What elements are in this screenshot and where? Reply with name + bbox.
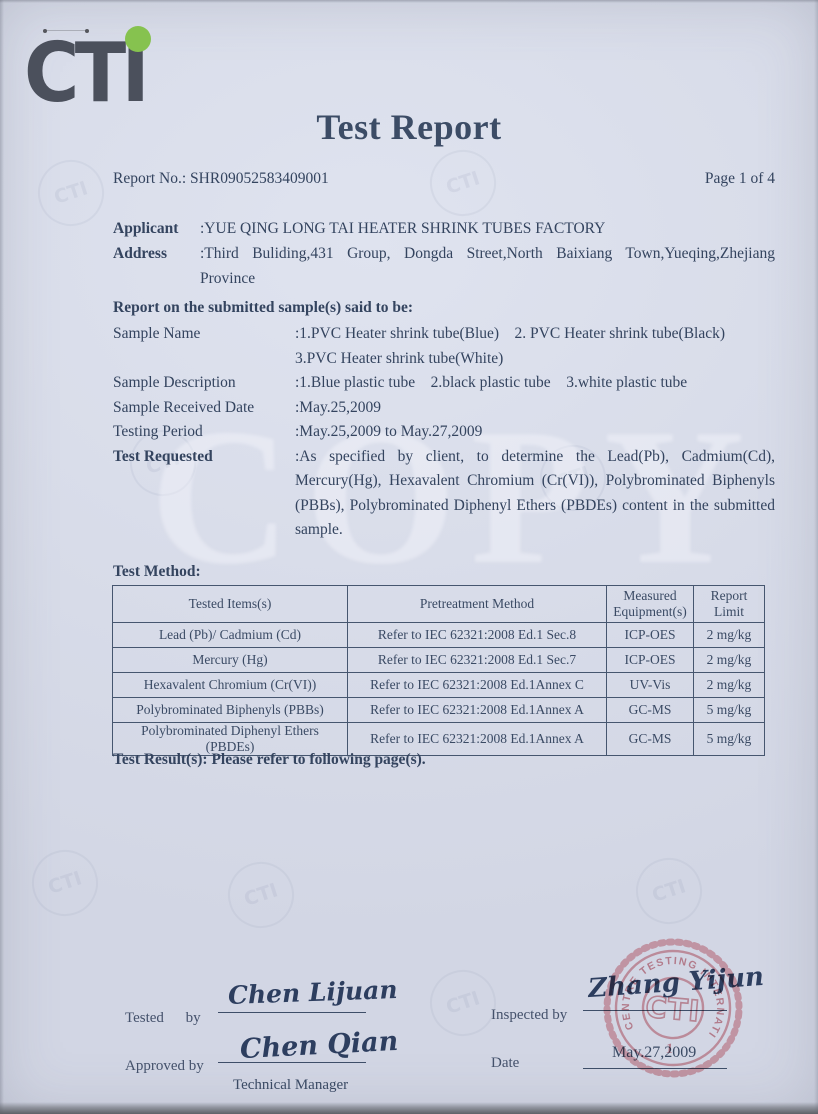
scan-edge-left	[0, 0, 4, 1114]
cell-report-limit: 5 mg/kg	[694, 698, 765, 723]
watermark-text: CTI	[45, 867, 84, 898]
sample-received-date-row: Sample Received Date :May.25,2009	[113, 396, 775, 421]
cell-equipment: GC-MS	[607, 698, 694, 723]
cell-equipment: GC-MS	[607, 723, 694, 756]
sample-description-label: Sample Description	[113, 371, 295, 396]
sample-fields-block: Sample Name :1.PVC Heater shrink tube(Bl…	[113, 322, 775, 543]
cell-tested-item: Polybrominated Biphenyls (PBBs)	[113, 698, 348, 723]
cell-pretreatment: Refer to IEC 62321:2008 Ed.1Annex C	[348, 673, 607, 698]
sample-received-date-label: Sample Received Date	[113, 396, 295, 421]
col-header-tested-items: Tested Items(s)	[113, 586, 348, 623]
cell-equipment: UV-Vis	[607, 673, 694, 698]
sample-section-heading: Report on the submitted sample(s) said t…	[113, 299, 413, 317]
tested-by-signature-line	[218, 1012, 366, 1013]
approved-by-label: Approved by	[125, 1058, 204, 1075]
cell-tested-item: Mercury (Hg)	[113, 648, 348, 673]
table-header-row: Tested Items(s) Pretreatment Method Meas…	[113, 586, 765, 623]
applicant-row: Applicant :YUE QING LONG TAI HEATER SHRI…	[113, 216, 775, 241]
cell-report-limit: 2 mg/kg	[694, 623, 765, 648]
scan-edge-top	[0, 0, 818, 3]
sample-name-value: :1.PVC Heater shrink tube(Blue) 2. PVC H…	[295, 322, 775, 371]
sample-received-date-value: :May.25,2009	[295, 396, 775, 421]
applicant-label: Applicant	[113, 216, 200, 241]
cell-tested-item: Hexavalent Chromium (Cr(VI))	[113, 673, 348, 698]
cti-circle-watermark: CTI	[219, 853, 302, 936]
sample-name-row: Sample Name :1.PVC Heater shrink tube(Bl…	[113, 322, 775, 371]
cti-circle-watermark: CTI	[23, 841, 106, 924]
watermark-text: CTI	[649, 875, 688, 906]
page-indicator: Page 1 of 4	[705, 170, 775, 188]
watermark-text: CTI	[443, 987, 482, 1018]
report-header-line: Report No.: SHR09052583409001 Page 1 of …	[113, 170, 775, 188]
cti-circle-watermark: CTI	[627, 849, 710, 932]
address-value: :Third Buliding,431 Group, Dongda Street…	[200, 241, 775, 291]
col-header-report-limit: Report Limit	[694, 586, 765, 623]
cti-circle-watermark: CTI	[421, 961, 504, 1044]
test-result-note: Test Result(s): Please refer to followin…	[113, 751, 426, 769]
cell-equipment: ICP-OES	[607, 648, 694, 673]
test-requested-label: Test Requested	[113, 445, 295, 543]
address-row: Address :Third Buliding,431 Group, Dongd…	[113, 241, 775, 291]
cell-equipment: ICP-OES	[607, 623, 694, 648]
approved-by-signature-line	[218, 1062, 366, 1063]
sample-name-label: Sample Name	[113, 322, 295, 371]
date-label: Date	[491, 1055, 519, 1072]
tested-by-label: Tested by	[125, 1010, 201, 1027]
cell-report-limit: 5 mg/kg	[694, 723, 765, 756]
table-row: Lead (Pb)/ Cadmium (Cd) Refer to IEC 623…	[113, 623, 765, 648]
report-number: Report No.: SHR09052583409001	[113, 170, 329, 188]
cti-company-stamp: CENTRE TESTING INTERNATIONAL CTI 1	[592, 927, 755, 1090]
tested-by-signature: Chen Lijuan	[228, 975, 398, 1010]
cell-report-limit: 2 mg/kg	[694, 673, 765, 698]
table-row: Mercury (Hg) Refer to IEC 62321:2008 Ed.…	[113, 648, 765, 673]
cell-report-limit: 2 mg/kg	[694, 648, 765, 673]
test-method-table: Tested Items(s) Pretreatment Method Meas…	[112, 585, 765, 756]
test-requested-value: :As specified by client, to determine th…	[295, 445, 775, 543]
scan-edge-bottom	[0, 1102, 818, 1114]
sample-description-value: :1.Blue plastic tube 2.black plastic tub…	[295, 371, 775, 396]
page-title: Test Report	[0, 106, 818, 148]
cti-circle-watermark: CTI	[29, 151, 112, 234]
inspected-by-label: Inspected by	[491, 1007, 567, 1024]
cell-tested-item: Lead (Pb)/ Cadmium (Cd)	[113, 623, 348, 648]
approved-by-signature: Chen Qian	[239, 1026, 399, 1065]
cti-logo-green-dot-icon	[125, 26, 151, 52]
approved-by-title: Technical Manager	[233, 1077, 348, 1094]
cell-pretreatment: Refer to IEC 62321:2008 Ed.1 Sec.7	[348, 648, 607, 673]
sample-description-row: Sample Description :1.Blue plastic tube …	[113, 371, 775, 396]
test-report-page: CTI CTI CTI CTI CTI CTI CTI CTI COPY CTI…	[0, 0, 818, 1114]
table-row: Polybrominated Biphenyls (PBBs) Refer to…	[113, 698, 765, 723]
testing-period-value: :May.25,2009 to May.27,2009	[295, 420, 775, 445]
testing-period-row: Testing Period :May.25,2009 to May.27,20…	[113, 420, 775, 445]
stamp-center-cti: CTI	[644, 990, 702, 1029]
applicant-address-block: Applicant :YUE QING LONG TAI HEATER SHRI…	[113, 216, 775, 291]
testing-period-label: Testing Period	[113, 420, 295, 445]
table-row: Hexavalent Chromium (Cr(VI)) Refer to IE…	[113, 673, 765, 698]
scan-edge-right	[814, 0, 818, 1114]
col-header-pretreatment-method: Pretreatment Method	[348, 586, 607, 623]
pen-scratch-mark	[46, 30, 86, 34]
col-header-measured-equipment: Measured Equipment(s)	[607, 586, 694, 623]
watermark-text: CTI	[51, 177, 90, 208]
address-label: Address	[113, 241, 200, 291]
applicant-value: :YUE QING LONG TAI HEATER SHRINK TUBES F…	[200, 216, 775, 241]
test-method-heading: Test Method:	[113, 563, 201, 581]
cell-pretreatment: Refer to IEC 62321:2008 Ed.1 Sec.8	[348, 623, 607, 648]
test-requested-row: Test Requested :As specified by client, …	[113, 445, 775, 543]
watermark-text: CTI	[241, 879, 280, 910]
stamp-number: 1	[665, 1042, 673, 1058]
cell-pretreatment: Refer to IEC 62321:2008 Ed.1Annex A	[348, 698, 607, 723]
